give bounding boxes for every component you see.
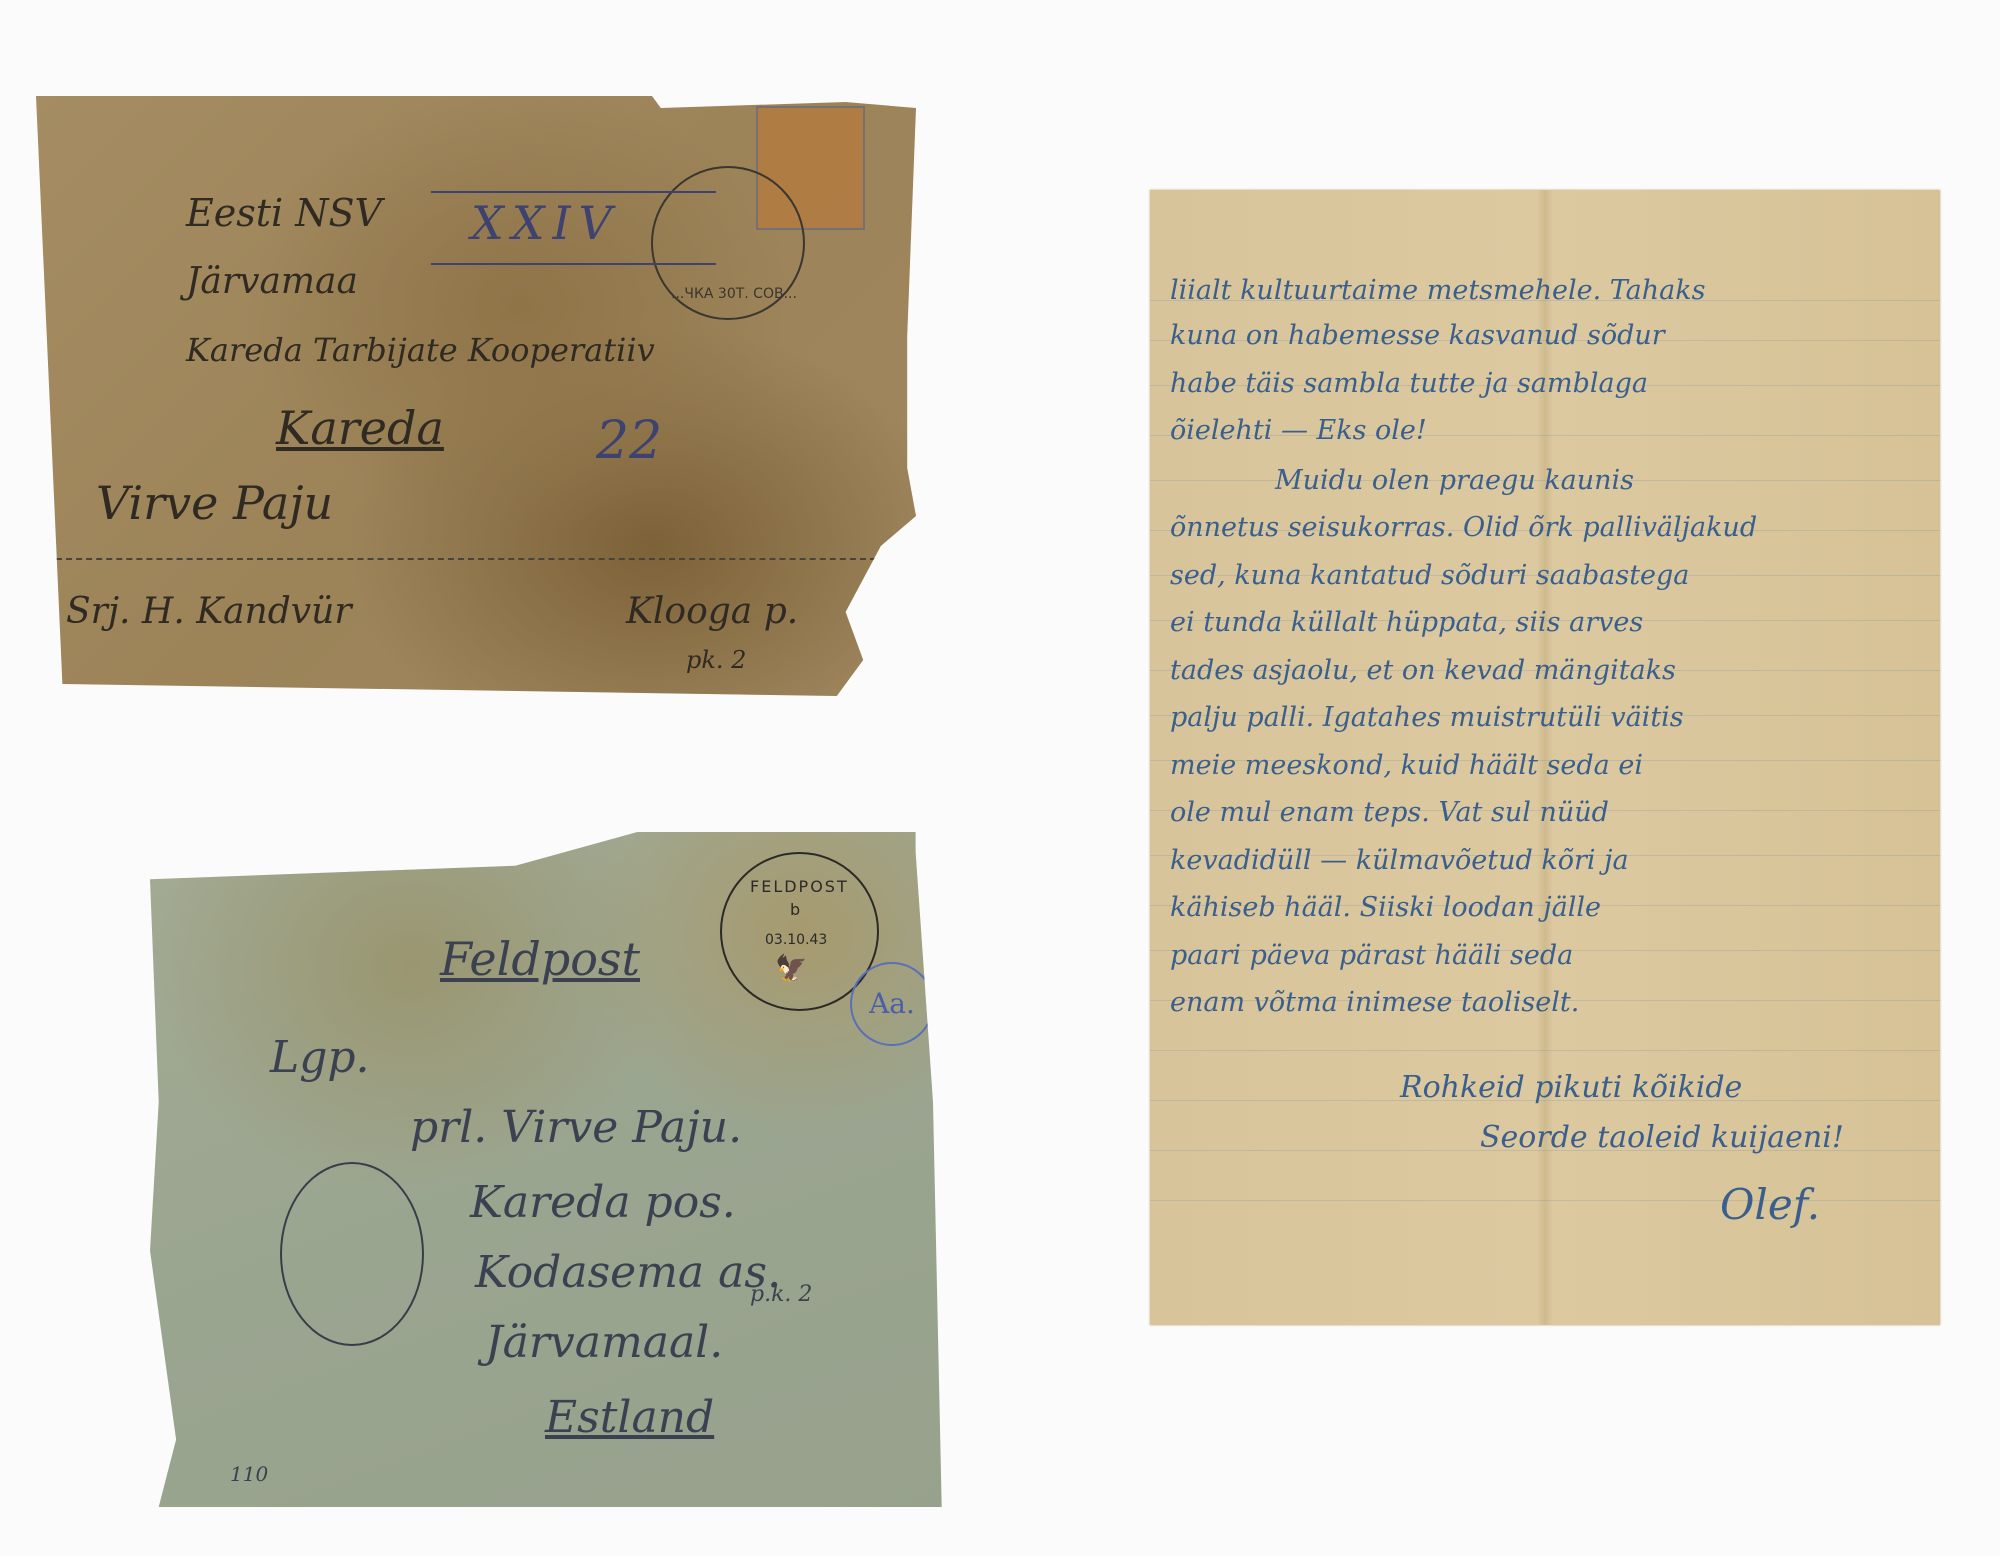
postmark-date: 03.10.43 — [765, 932, 827, 948]
letter-line: palju palli. Igatahes muistrutüli väitis — [1170, 702, 1684, 733]
letter-line: sed, kuna kantatud sõduri saabastega — [1170, 560, 1689, 591]
sender-name: Srj. H. Kandvür — [66, 591, 352, 632]
divider — [56, 558, 876, 560]
envelope-soviet: ...ЧКА 30Т. СОВ... XXIV Eesti NSV Järvam… — [36, 96, 916, 696]
letter-line: ole mul enam teps. Vat sul nüüd — [1170, 797, 1609, 828]
address-country: Estland — [545, 1392, 714, 1443]
letter-line: enam võtma inimese taoliselt. — [1170, 987, 1579, 1018]
address-line: Kareda Tarbijate Kooperatiiv — [186, 331, 655, 369]
letter-line: ei tunda küllalt hüppata, siis arves — [1170, 607, 1643, 638]
salutation: Lgp. — [270, 1032, 370, 1083]
corner-note: 110 — [230, 1462, 268, 1486]
address-line: Järvamaa — [186, 261, 358, 302]
number-mark: 22 — [596, 411, 662, 471]
address-line: Kareda pos. — [470, 1177, 736, 1228]
letter-line: kuna on habemesse kasvanud sõdur — [1170, 320, 1665, 351]
signature: Olef. — [1720, 1180, 1820, 1229]
letter-line: liialt kultuurtaime metsmehele. Tahaks — [1170, 275, 1705, 306]
letter-line: kevadidüll — külmavõetud kõri ja — [1170, 845, 1629, 876]
letter-line: meie meeskond, kuid häält seda ei — [1170, 750, 1643, 781]
letter-line: õnnetus seisukorras. Olid õrk pallivälja… — [1170, 512, 1757, 543]
censor-mark: Aa. — [850, 962, 934, 1046]
letter-line: tades asjaolu, et on kevad mängitaks — [1170, 655, 1676, 686]
postmark-letter: b — [790, 900, 800, 919]
feldpost-header: Feldpost — [440, 932, 640, 986]
letter-line: paari päeva pärast hääli seda — [1170, 940, 1573, 971]
handwritten-letter: liialt kultuurtaime metsmehele. Tahaks k… — [1150, 190, 1940, 1325]
letter-line: kähiseb hääl. Siiski loodan jälle — [1170, 892, 1601, 923]
sender-box: pk. 2 — [686, 646, 746, 674]
sender-place: Klooga p. — [626, 591, 798, 632]
box-note: p.k. 2 — [750, 1282, 812, 1307]
address-line: prl. Virve Paju. — [410, 1102, 742, 1153]
address-line: Kareda — [276, 401, 444, 455]
address-line: Järvamaal. — [485, 1317, 723, 1368]
postmark-text: ...ЧКА 30Т. СОВ... — [671, 286, 797, 302]
letter-line: Muidu olen praegu kaunis — [1275, 465, 1634, 496]
letter-line: habe täis sambla tutte ja samblaga — [1170, 368, 1648, 399]
recipient-name: Virve Paju — [96, 476, 333, 530]
eagle-emblem-icon: 🦅 — [775, 954, 807, 984]
unit-stamp — [280, 1162, 424, 1346]
envelope-feldpost: FELDPOST b 03.10.43 🦅 Aa. Feldpost Lgp. … — [150, 832, 1020, 1507]
closing-line: Seorde taoleid kuijaeni! — [1480, 1120, 1844, 1155]
postmark-title: FELDPOST — [750, 877, 849, 896]
letter-line: õielehti — Eks ole! — [1170, 415, 1427, 446]
address-line: Eesti NSV — [186, 191, 382, 235]
address-line: Kodasema as. — [475, 1247, 781, 1298]
route-mark: XXIV — [471, 196, 620, 250]
closing-line: Rohkeid pikuti kõikide — [1400, 1070, 1742, 1105]
